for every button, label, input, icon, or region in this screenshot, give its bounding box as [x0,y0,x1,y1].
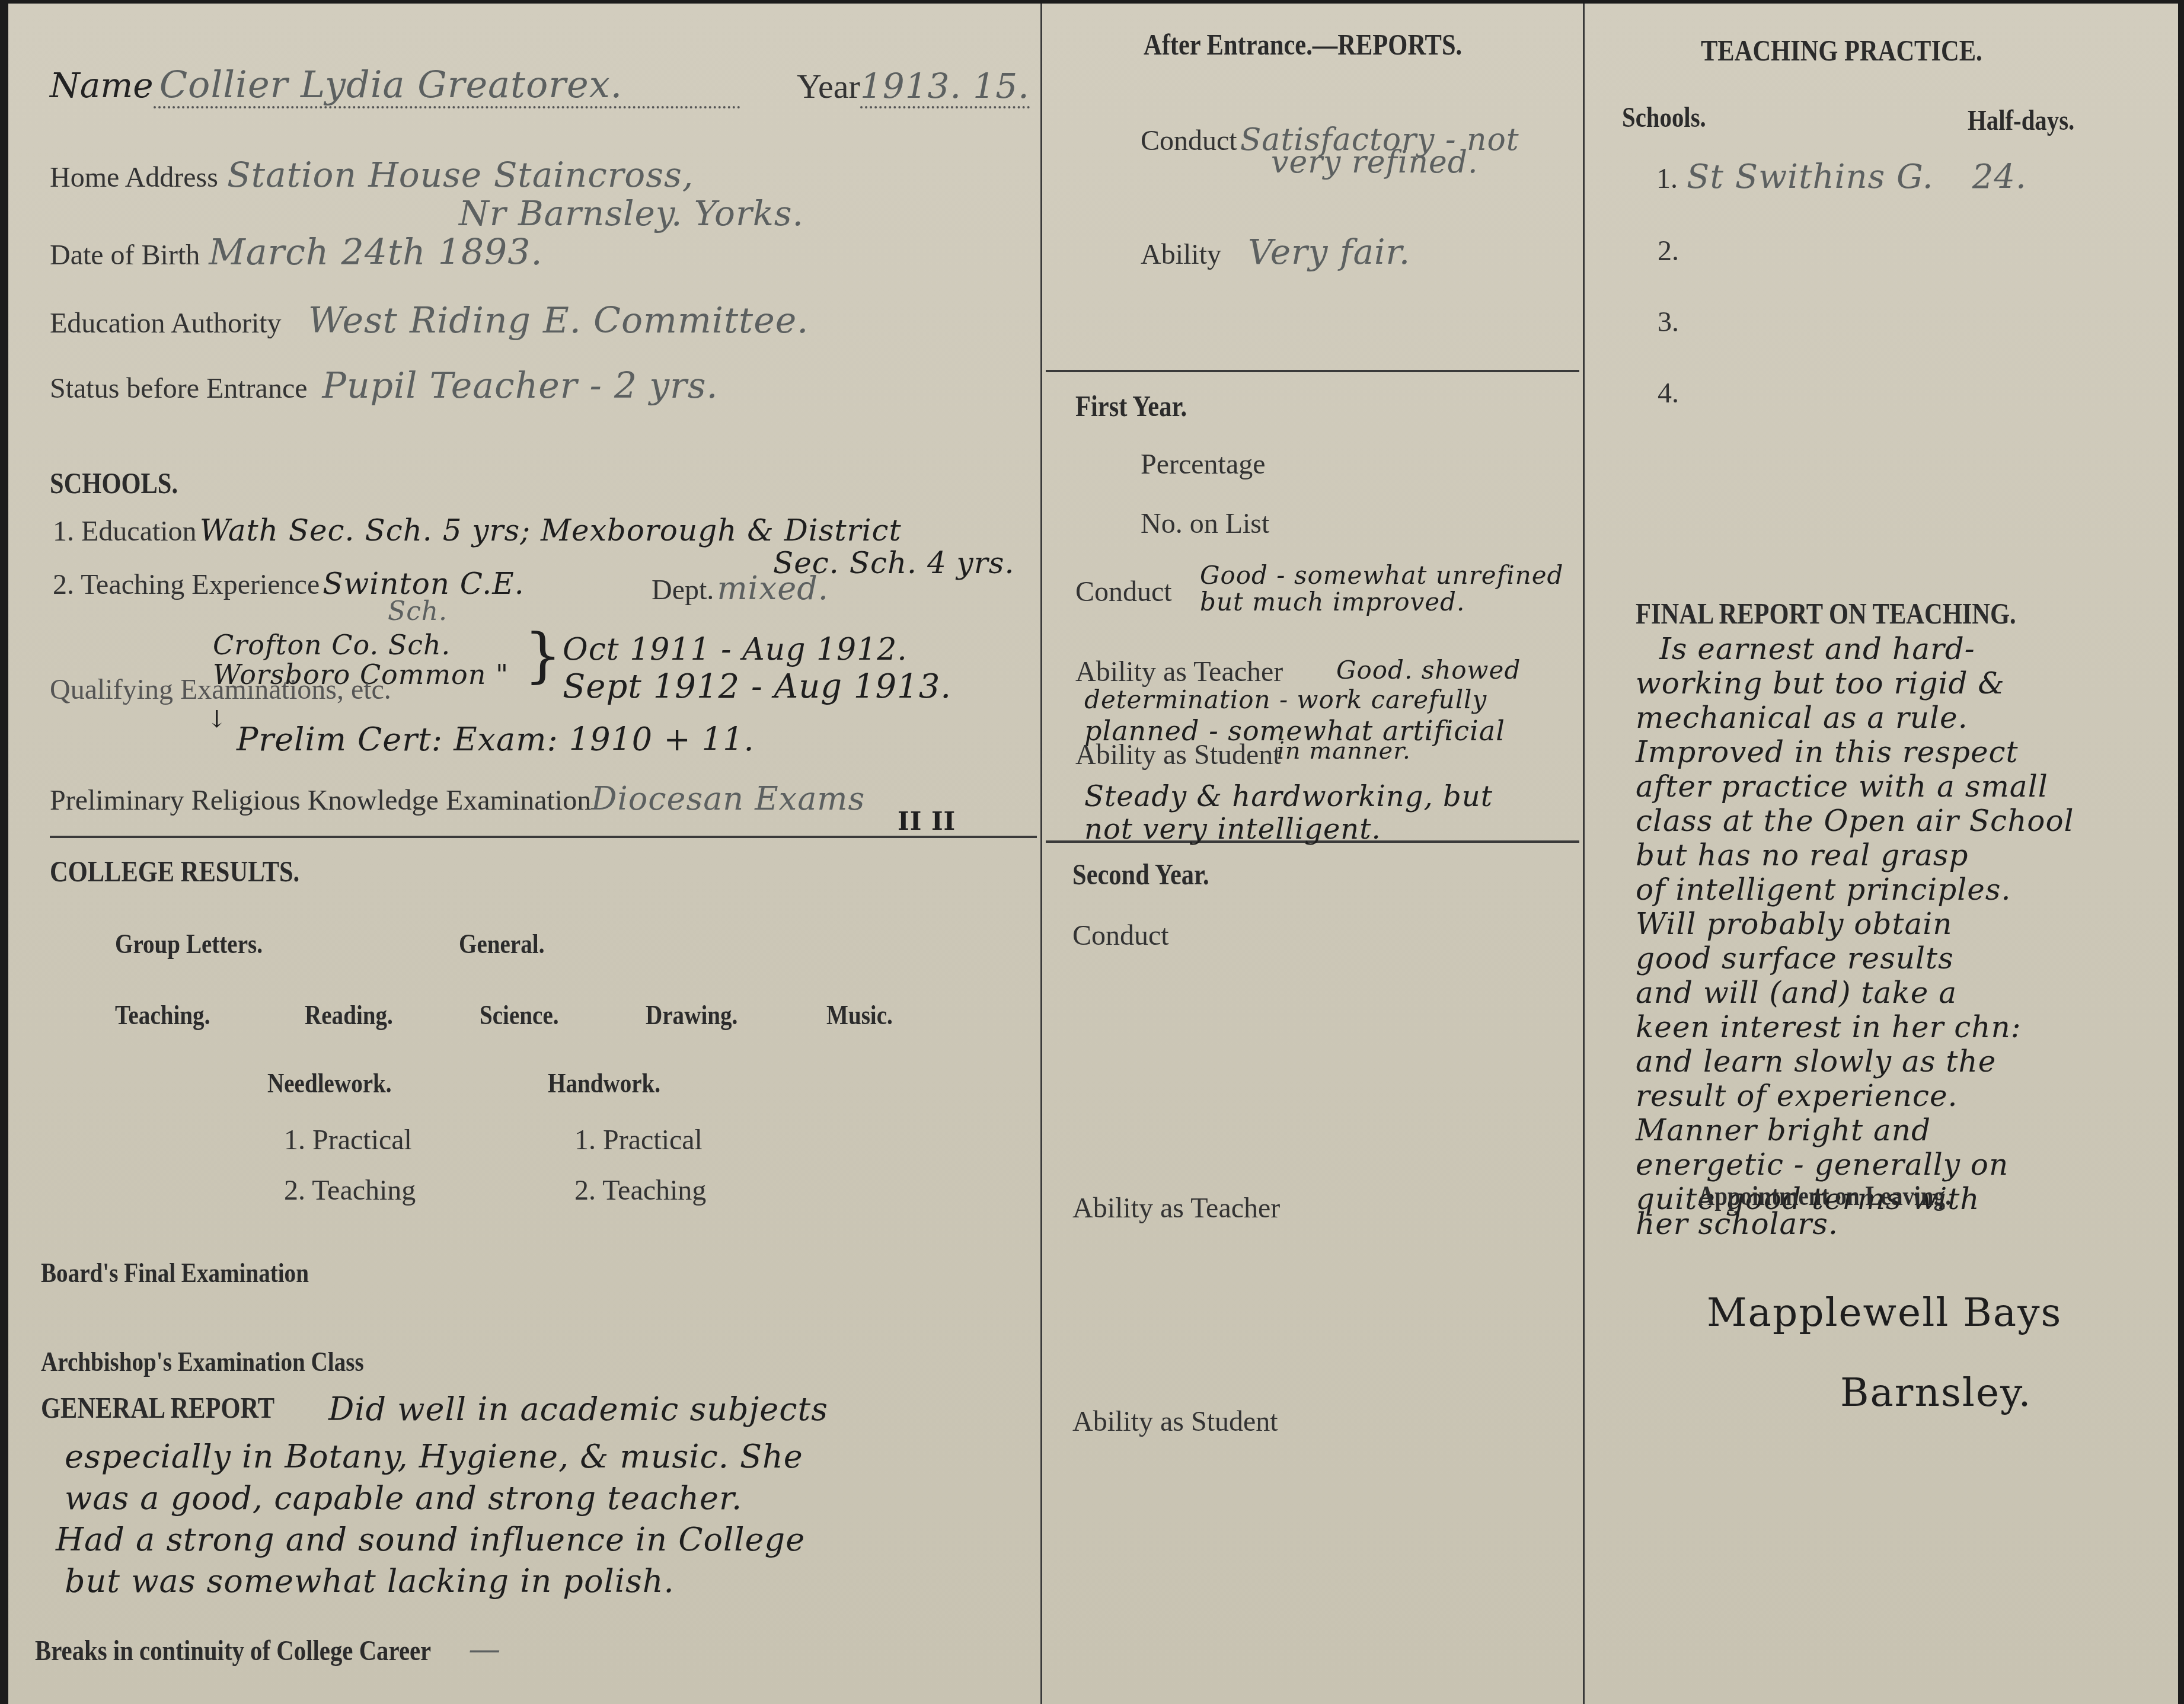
general-report-line-1: Did well in academic subjects [328,1390,828,1428]
status-row: Status before Entrance Pupil Teacher - 2… [50,365,719,407]
breaks-row: Breaks in continuity of College Career — [35,1631,501,1668]
home-address-line1: Station House Staincross, [227,155,694,195]
dob-label: Date of Birth [50,239,200,271]
year-value: 1913. 15. [860,66,1030,108]
dob-row: Date of Birth March 24th 1893. [50,232,543,273]
needlework-label: Needlework. [267,1067,392,1099]
appointment-line1: Mapplewell Bays [1707,1290,2062,1335]
general-report-label: GENERAL REPORT [41,1390,274,1425]
final-report-line: energetic - generally on [1636,1147,2181,1182]
home-address-line2: Nr Barnsley. Yorks. [459,193,804,234]
religious-grades: II II [898,807,956,836]
general-report-line-5: but was somewhat lacking in polish. [65,1562,675,1600]
reports-ability-value: Very fair. [1248,232,1410,272]
religious-value: Diocesan Exams [591,780,865,817]
dob-value: March 24th 1893. [209,232,542,273]
final-report-line: and learn slowly as the [1636,1044,2181,1079]
column-divider-right [1583,4,1585,1704]
column-divider-left [1040,4,1042,1704]
handwork-teaching: 2. Teaching [574,1174,706,1207]
final-report-line: working but too rigid & [1636,666,2181,701]
first-year-student-line2: not very intelligent. [1084,813,1381,846]
final-report-line: result of experience. [1636,1079,2181,1113]
teaching-practice-heading: TEACHING PRACTICE. [1701,33,1982,68]
first-year-conduct-line1: Good - somewhat unrefined [1200,561,1564,590]
dept-label: Dept. [652,574,714,606]
archbishop-label: Archbishop's Examination Class [41,1346,364,1377]
dept-value: mixed. [717,570,829,607]
final-report-line: class at the Open air School [1636,804,2181,838]
home-address-row: Home Address Station House Staincross, [50,155,694,195]
college-results-heading: COLLEGE RESULTS. [50,854,299,888]
tp-row-3-num: 3. [1658,306,1679,338]
needlework-teaching: 2. Teaching [284,1174,416,1207]
subject-drawing: Drawing. [646,999,737,1031]
subject-science: Science. [480,999,559,1031]
name-value: Collier Lydia Greatorex. [154,63,740,108]
authority-value: West Riding E. Committee. [308,300,809,341]
first-year-percentage-label: Percentage [1141,448,1266,481]
authority-row: Education Authority West Riding E. Commi… [50,300,809,341]
reports-ability-row: Ability Very fair. [1141,232,1410,272]
final-report-line: good surface results [1636,941,2181,976]
first-year-heading: First Year. [1075,389,1187,423]
final-report-text: Is earnest and hard-working but too rigi… [1636,632,2181,1216]
extra-school-1-dates: Oct 1911 - Aug 1912. [563,632,908,667]
second-year-student-label: Ability as Student [1072,1405,1278,1438]
final-report-line: Improved in this respect [1636,735,2181,769]
status-value: Pupil Teacher - 2 yrs. [323,365,719,407]
brace: } [524,626,563,685]
qualifying-value: Prelim Cert: Exam: 1910 + 11. [237,721,755,758]
general-report-line-4: Had a strong and sound influence in Coll… [56,1521,805,1558]
religious-label: Preliminary Religious Knowledge Examinat… [50,785,591,816]
final-report-line: Will probably obtain [1636,907,2181,941]
year-row: Year1913. 15. [797,66,1030,108]
status-label: Status before Entrance [50,373,307,404]
name-label: Name [50,65,154,105]
final-report-line: mechanical as a rule. [1636,701,2181,735]
first-year-student-label: Ability as Student [1075,738,1281,771]
group-letters-label: Group Letters. [115,928,263,960]
education-value-line1: Wath Sec. Sch. 5 yrs; Mexborough & Distr… [200,513,902,548]
general-label: General. [459,928,544,960]
final-report-line: Is earnest and hard- [1636,632,2181,666]
divider-schools-college [50,836,1037,838]
first-year-student-line1: Steady & hardworking, but [1084,780,1493,813]
teaching-sch-note: Sch. [388,596,448,626]
authority-label: Education Authority [50,308,282,339]
final-report-line: after practice with a small [1636,769,2181,804]
handwork-label: Handwork. [548,1067,660,1099]
home-address-label: Home Address [50,162,218,193]
schools-heading: SCHOOLS. [50,466,178,500]
qualifying-label: Qualifying Examinations, etc. [50,673,391,706]
first-year-teacher-line1: Good. showed [1336,656,1521,685]
tp-row-1-halfdays: 24. [1972,158,2027,196]
breaks-label: Breaks in continuity of College Career [35,1635,431,1667]
extra-school-2-dates: Sept 1912 - Aug 1913. [563,667,951,706]
dept-row: Dept. mixed. [652,570,829,607]
teaching-experience-label: 2. Teaching Experience [53,569,320,600]
first-year-conduct-line2: but much improved. [1200,587,1465,616]
final-report-line: and will (and) take a [1636,976,2181,1010]
extra-school-1: Crofton Co. Sch. [213,629,451,661]
first-year-teacher-label: Ability as Teacher [1075,656,1283,688]
qualifying-arrow: ↓ [207,706,228,733]
first-year-teacher-line4: in manner. [1277,737,1411,765]
second-year-conduct-label: Conduct [1072,919,1169,952]
final-report-line: Manner bright and [1636,1113,2181,1147]
tp-row-2-num: 2. [1658,235,1679,267]
needlework-practical: 1. Practical [284,1124,412,1156]
appointment-line2: Barnsley. [1840,1370,2032,1415]
tp-halfdays-label: Half-days. [1968,104,2074,137]
final-report-line: of intelligent principles. [1636,872,2181,907]
second-year-teacher-label: Ability as Teacher [1072,1192,1280,1225]
year-label: Year [797,67,860,105]
tp-row-1-school: St Swithins G. [1687,158,1934,196]
reports-conduct-value-line2: very refined. [1271,145,1479,180]
divider-reports-first-year [1046,370,1579,372]
education-label: 1. Education [53,516,197,547]
training-college-record-card: NameCollier Lydia Greatorex. Year1913. 1… [8,4,2178,1704]
first-year-no-on-list-label: No. on List [1141,507,1269,540]
teaching-experience-row: 2. Teaching Experience Swinton C.E. [53,567,525,601]
final-report-line: keen interest in her chn: [1636,1010,2181,1044]
reports-ability-label: Ability [1141,239,1221,270]
final-report-line: but has no real grasp [1636,838,2181,872]
first-year-teacher-line2: determination - work carefully [1084,685,1487,714]
tp-schools-label: Schools. [1622,101,1706,134]
tp-row-1: 1. St Swithins G. 24. [1656,158,2027,196]
subject-teaching: Teaching. [115,999,210,1031]
first-year-conduct-label: Conduct [1075,576,1172,608]
subject-music: Music. [826,999,893,1031]
first-year-conduct-row: Conduct [1075,576,1172,608]
reports-heading: After Entrance.—REPORTS. [1144,27,1462,62]
subject-reading: Reading. [305,999,393,1031]
final-report-heading: FINAL REPORT ON TEACHING. [1636,596,2016,631]
boards-final-label: Board's Final Examination [41,1257,309,1289]
second-year-heading: Second Year. [1072,857,1209,891]
name-row: NameCollier Lydia Greatorex. [50,63,740,108]
breaks-value: — [468,1631,501,1668]
religious-row: Preliminary Religious Knowledge Examinat… [50,780,865,817]
reports-conduct-label: Conduct [1141,125,1237,156]
education-row: 1. Education Wath Sec. Sch. 5 yrs; Mexbo… [53,513,902,548]
general-report-line-3: was a good, capable and strong teacher. [65,1479,742,1517]
general-report-line-2: especially in Botany, Hygiene, & music. … [65,1438,803,1475]
handwork-practical: 1. Practical [574,1124,703,1156]
tp-row-4-num: 4. [1658,377,1679,410]
tp-row-1-num: 1. [1656,163,1678,194]
final-report-last-line: her scholars. [1636,1207,1838,1241]
